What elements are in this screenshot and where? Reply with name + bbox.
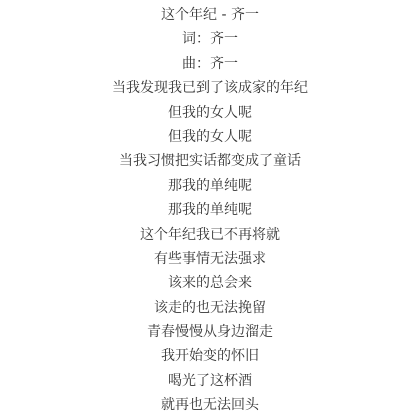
lyric-line: 那我的单纯呢 [0, 174, 420, 198]
composer-line: 曲：齐一 [0, 52, 420, 76]
lyric-line: 就再也无法回头 [0, 393, 420, 417]
lyric-line: 这个年纪我已不再将就 [0, 223, 420, 247]
lyric-line: 青春慢慢从身边溜走 [0, 320, 420, 344]
lyric-line: 喝光了这杯酒 [0, 369, 420, 393]
lyric-line: 但我的女人呢 [0, 101, 420, 125]
lyric-line: 当我习惯把实话都变成了童话 [0, 149, 420, 173]
lyricist-line: 词：齐一 [0, 27, 420, 51]
lyric-line: 该走的也无法挽留 [0, 296, 420, 320]
lyrics-list: 这个年纪 - 齐一 词：齐一 曲：齐一 当我发现我已到了该成家的年纪 但我的女人… [0, 3, 420, 418]
lyric-line: 当我发现我已到了该成家的年纪 [0, 76, 420, 100]
lyric-line: 那我的单纯呢 [0, 198, 420, 222]
lyric-line: 有些事情无法强求 [0, 247, 420, 271]
lyric-line: 该来的总会来 [0, 271, 420, 295]
song-title-line: 这个年纪 - 齐一 [0, 3, 420, 27]
lyric-line: 我开始变的怀旧 [0, 344, 420, 368]
lyric-line: 但我的女人呢 [0, 125, 420, 149]
